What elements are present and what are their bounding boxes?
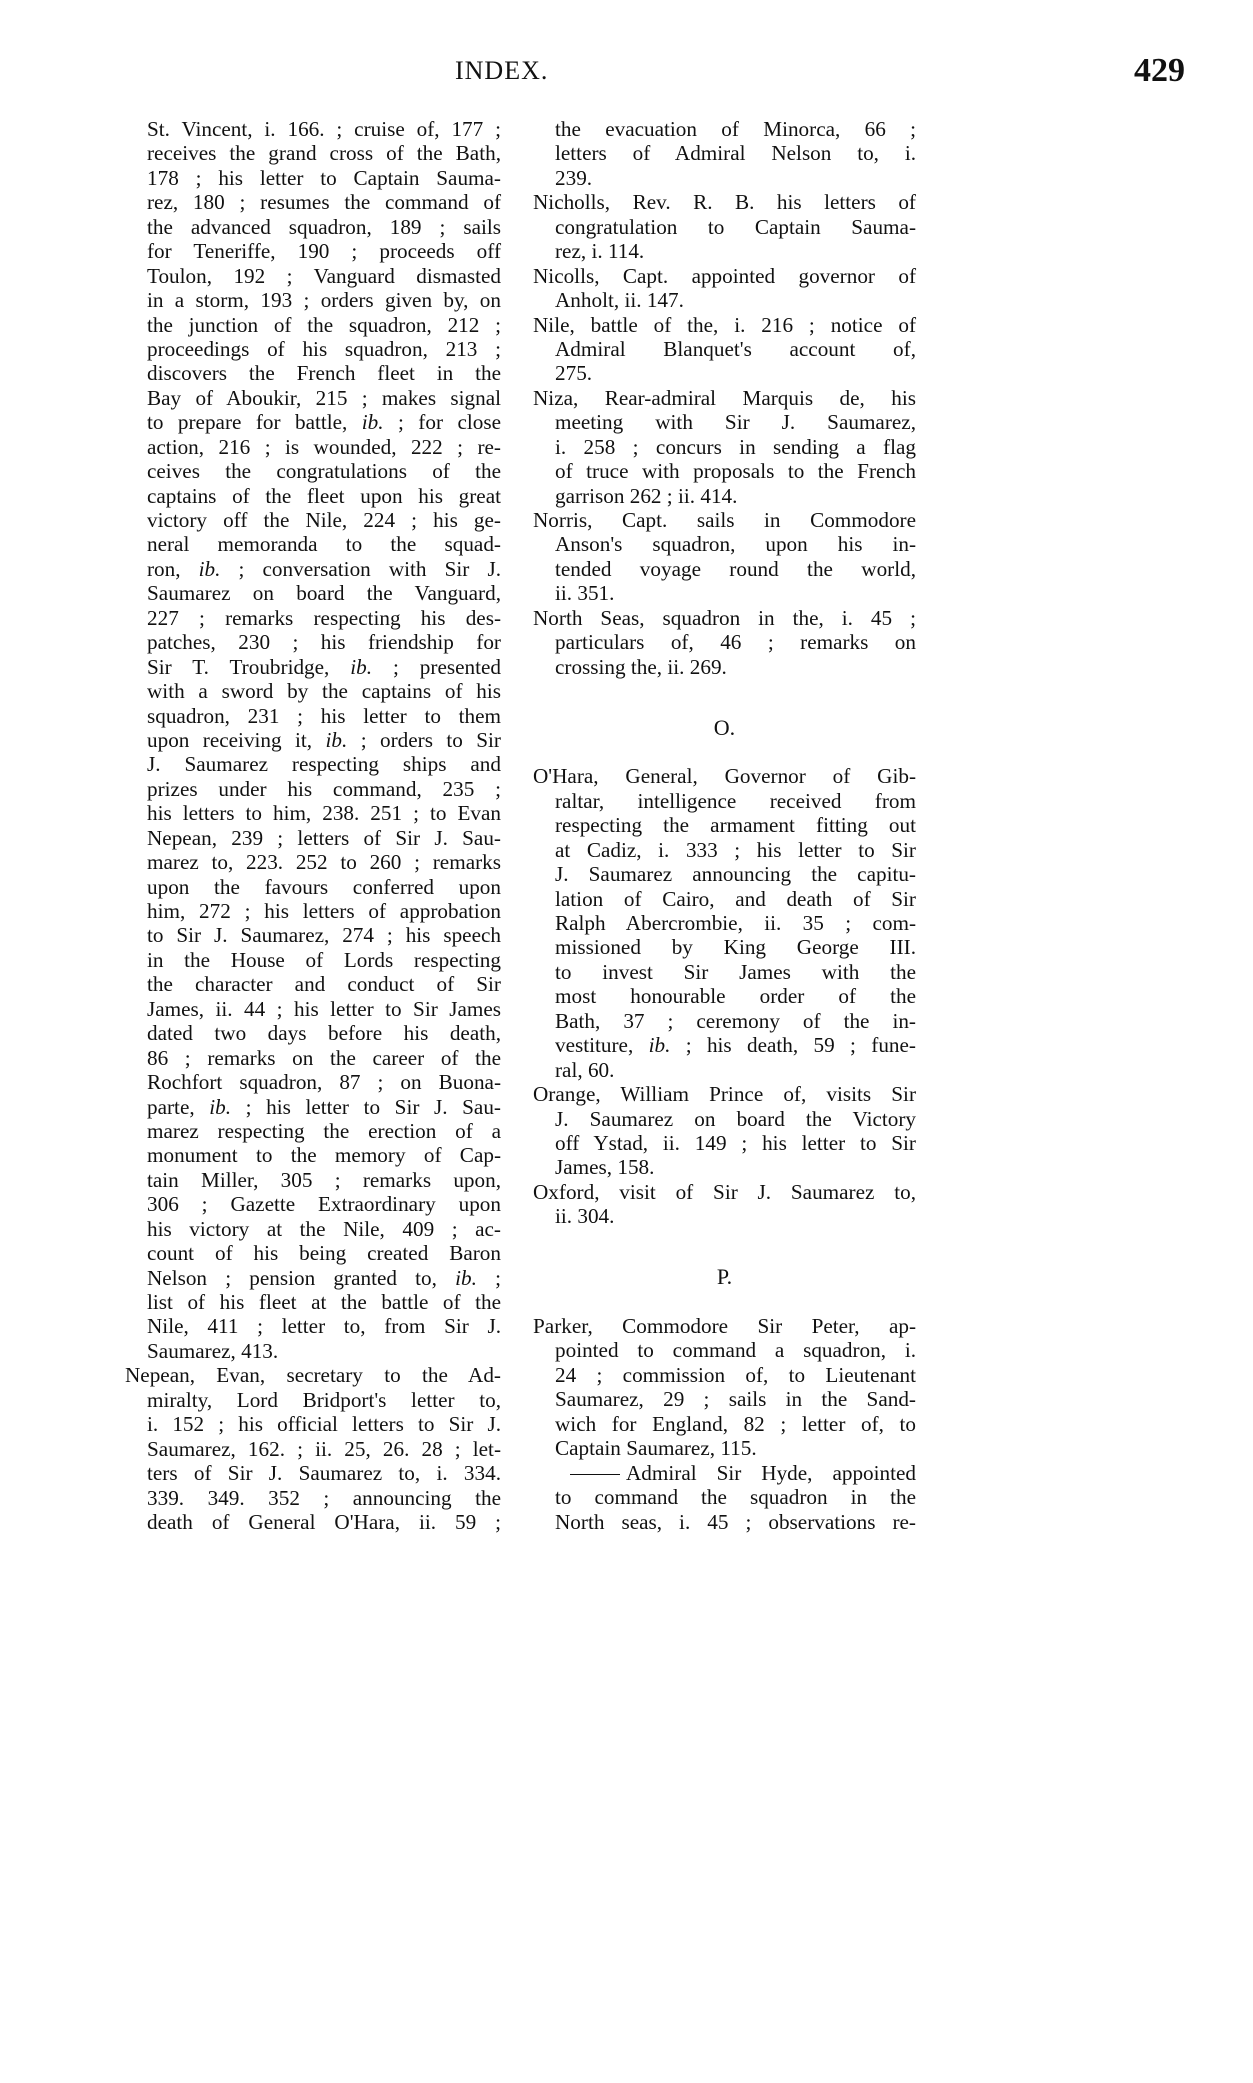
index-entry-heading-line: Nile, battle of the, i. 216 ; notice of — [533, 313, 916, 337]
index-entry-line: Saumarez on board the Vanguard, — [125, 581, 501, 605]
page-number: 429 — [1134, 52, 1185, 90]
index-entry-heading-line: O'Hara, General, Governor of Gib- — [533, 764, 916, 788]
index-entry-heading-line: Nicholls, Rev. R. B. his letters of — [533, 190, 916, 214]
index-entry-line: missioned by King George III. — [533, 935, 916, 959]
index-entry-line: 239. — [533, 166, 916, 190]
index-entry-line: the character and conduct of Sir — [125, 972, 501, 996]
index-entry-line: crossing the, ii. 269. — [533, 655, 916, 679]
index-entry-line: count of his being created Baron — [125, 1241, 501, 1265]
index-entry-line: him, 272 ; his letters of approbation — [125, 899, 501, 923]
index-column-right: the evacuation of Minorca, 66 ;letters o… — [533, 117, 916, 1534]
index-entry-line: meeting with Sir J. Saumarez, — [533, 410, 916, 434]
index-entry-line: lation of Cairo, and death of Sir — [533, 887, 916, 911]
index-entry-line: his letters to him, 238. 251 ; to Evan — [125, 801, 501, 825]
index-entry-line: ron, ib. ; conversation with Sir J. — [125, 557, 501, 581]
index-entry-line: off Ystad, ii. 149 ; his letter to Sir — [533, 1131, 916, 1155]
index-entry-line: Nelson ; pension granted to, ib. ; — [125, 1266, 501, 1290]
index-entry-line: prizes under his command, 235 ; — [125, 777, 501, 801]
index-entry-line: 178 ; his letter to Captain Sauma- — [125, 166, 501, 190]
index-entry-line: rez, 180 ; resumes the command of — [125, 190, 501, 214]
index-entry-line: J. Saumarez on board the Victory — [533, 1107, 916, 1131]
index-entry-line: to invest Sir James with the — [533, 960, 916, 984]
section-letter-heading: P. — [533, 1265, 916, 1289]
index-entry-line: for Teneriffe, 190 ; proceeds off — [125, 239, 501, 263]
index-entry-line: dated two days before his death, — [125, 1021, 501, 1045]
index-entry-line: Sir T. Troubridge, ib. ; presented — [125, 655, 501, 679]
index-entry-line: North seas, i. 45 ; observations re- — [533, 1510, 916, 1534]
index-entry-line: list of his fleet at the battle of the — [125, 1290, 501, 1314]
index-entry-line: patches, 230 ; his friendship for — [125, 630, 501, 654]
index-entry-line: Saumarez, 413. — [125, 1339, 501, 1363]
index-entry-line: Anson's squadron, upon his in- — [533, 532, 916, 556]
index-entry-line: discovers the French fleet in the — [125, 361, 501, 385]
index-entry-line: tain Miller, 305 ; remarks upon, — [125, 1168, 501, 1192]
index-entry-line: action, 216 ; is wounded, 222 ; re- — [125, 435, 501, 459]
index-entry-line: rez, i. 114. — [533, 239, 916, 263]
index-entry-line: to command the squadron in the — [533, 1485, 916, 1509]
index-entry-line: proceedings of his squadron, 213 ; — [125, 337, 501, 361]
index-entry-line: congratulation to Captain Sauma- — [533, 215, 916, 239]
index-entry-line: with a sword by the captains of his — [125, 679, 501, 703]
index-entry-line: Nile, 411 ; letter to, from Sir J. — [125, 1314, 501, 1338]
index-entry-line: marez to, 223. 252 to 260 ; remarks — [125, 850, 501, 874]
index-entry-line: Captain Saumarez, 115. — [533, 1436, 916, 1460]
index-entry-heading-line: Orange, William Prince of, visits Sir — [533, 1082, 916, 1106]
index-column-left: St. Vincent, i. 166. ; cruise of, 177 ;r… — [125, 117, 501, 1534]
index-entry-line: Saumarez, 162. ; ii. 25, 26. 28 ; let- — [125, 1437, 501, 1461]
index-entry-line: ters of Sir J. Saumarez to, i. 334. — [125, 1461, 501, 1485]
index-entry-line: receives the grand cross of the Bath, — [125, 141, 501, 165]
index-entry-line: parte, ib. ; his letter to Sir J. Sau- — [125, 1095, 501, 1119]
index-entry-line: 86 ; remarks on the career of the — [125, 1046, 501, 1070]
index-entry-line: 275. — [533, 361, 916, 385]
index-entry-line: tended voyage round the world, — [533, 557, 916, 581]
index-entry-line: Ralph Abercrombie, ii. 35 ; com- — [533, 911, 916, 935]
index-entry-line: of truce with proposals to the French — [533, 459, 916, 483]
index-entry-line: Admiral Blanquet's account of, — [533, 337, 916, 361]
index-entry-line: Bay of Aboukir, 215 ; makes signal — [125, 386, 501, 410]
index-entry-line: St. Vincent, i. 166. ; cruise of, 177 ; — [125, 117, 501, 141]
index-entry-line: at Cadiz, i. 333 ; his letter to Sir — [533, 838, 916, 862]
index-entry-line: the junction of the squadron, 212 ; — [125, 313, 501, 337]
index-entry-line: i. 152 ; his official letters to Sir J. — [125, 1412, 501, 1436]
section-letter-heading: O. — [533, 716, 916, 740]
index-entry-line: monument to the memory of Cap- — [125, 1143, 501, 1167]
index-entry-line: to prepare for battle, ib. ; for close — [125, 410, 501, 434]
index-entry-line: miralty, Lord Bridport's letter to, — [125, 1388, 501, 1412]
index-entry-line: Bath, 37 ; ceremony of the in- — [533, 1009, 916, 1033]
index-entry-line: most honourable order of the — [533, 984, 916, 1008]
index-entry-heading-line: Parker, Commodore Sir Peter, ap- — [533, 1314, 916, 1338]
index-entry-heading-line: Nicolls, Capt. appointed governor of — [533, 264, 916, 288]
index-entry-line: letters of Admiral Nelson to, i. — [533, 141, 916, 165]
index-entry-line: respecting the armament fitting out — [533, 813, 916, 837]
index-entry-line: ii. 351. — [533, 581, 916, 605]
index-entry-line: 227 ; remarks respecting his des- — [125, 606, 501, 630]
index-entry-line: raltar, intelligence received from — [533, 789, 916, 813]
index-entry-line: vestiture, ib. ; his death, 59 ; fune- — [533, 1033, 916, 1057]
index-entry-line: in a storm, 193 ; orders given by, on — [125, 288, 501, 312]
index-entry-line: James, 158. — [533, 1155, 916, 1179]
index-entry-line: 306 ; Gazette Extraordinary upon — [125, 1192, 501, 1216]
index-entry-line: Anholt, ii. 147. — [533, 288, 916, 312]
index-entry-line: i. 258 ; concurs in sending a flag — [533, 435, 916, 459]
index-entry-line: marez respecting the erection of a — [125, 1119, 501, 1143]
page-header: INDEX. 429 — [0, 52, 1253, 92]
index-entry-line: Nepean, 239 ; letters of Sir J. Sau- — [125, 826, 501, 850]
index-entry-line: J. Saumarez announcing the capitu- — [533, 862, 916, 886]
index-entry-line: Rochfort squadron, 87 ; on Buona- — [125, 1070, 501, 1094]
index-entry-heading-line: Norris, Capt. sails in Commodore — [533, 508, 916, 532]
index-entry-heading-line: Nepean, Evan, secretary to the Ad- — [125, 1363, 501, 1387]
index-entry-line: ceives the congratulations of the — [125, 459, 501, 483]
index-entry-line: in the House of Lords respecting — [125, 948, 501, 972]
index-entry-line: upon receiving it, ib. ; orders to Sir — [125, 728, 501, 752]
index-entry-line: neral memoranda to the squad- — [125, 532, 501, 556]
index-entry-heading-line: Niza, Rear-admiral Marquis de, his — [533, 386, 916, 410]
index-entry-line: 24 ; commission of, to Lieutenant — [533, 1363, 916, 1387]
index-entry-line: his victory at the Nile, 409 ; ac- — [125, 1217, 501, 1241]
index-entry-line: victory off the Nile, 224 ; his ge- — [125, 508, 501, 532]
index-entry-line: ral, 60. — [533, 1058, 916, 1082]
index-entry-line: pointed to command a squadron, i. — [533, 1338, 916, 1362]
index-entry-line: Toulon, 192 ; Vanguard dismasted — [125, 264, 501, 288]
index-entry-line: squadron, 231 ; his letter to them — [125, 704, 501, 728]
index-entry-line: wich for England, 82 ; letter of, to — [533, 1412, 916, 1436]
index-entry-line: to Sir J. Saumarez, 274 ; his speech — [125, 923, 501, 947]
index-entry-line: death of General O'Hara, ii. 59 ; — [125, 1510, 501, 1534]
index-entry-line: Saumarez, 29 ; sails in the Sand- — [533, 1387, 916, 1411]
index-entry-heading-line: Oxford, visit of Sir J. Saumarez to, — [533, 1180, 916, 1204]
index-entry-line: 339. 349. 352 ; announcing the — [125, 1486, 501, 1510]
index-entry-line: particulars of, 46 ; remarks on — [533, 630, 916, 654]
index-entry-line: J. Saumarez respecting ships and — [125, 752, 501, 776]
index-entry-line: James, ii. 44 ; his letter to Sir James — [125, 997, 501, 1021]
ditto-dash — [570, 1474, 620, 1475]
index-entry-heading-line: Admiral Sir Hyde, appointed — [533, 1461, 916, 1485]
index-entry-line: ii. 304. — [533, 1204, 916, 1228]
index-entry-line: captains of the fleet upon his great — [125, 484, 501, 508]
running-title: INDEX. — [455, 56, 548, 86]
index-entry-line: the advanced squadron, 189 ; sails — [125, 215, 501, 239]
index-entry-line: garrison 262 ; ii. 414. — [533, 484, 916, 508]
index-entry-heading-line: North Seas, squadron in the, i. 45 ; — [533, 606, 916, 630]
index-entry-line: upon the favours conferred upon — [125, 875, 501, 899]
index-entry-line: the evacuation of Minorca, 66 ; — [533, 117, 916, 141]
